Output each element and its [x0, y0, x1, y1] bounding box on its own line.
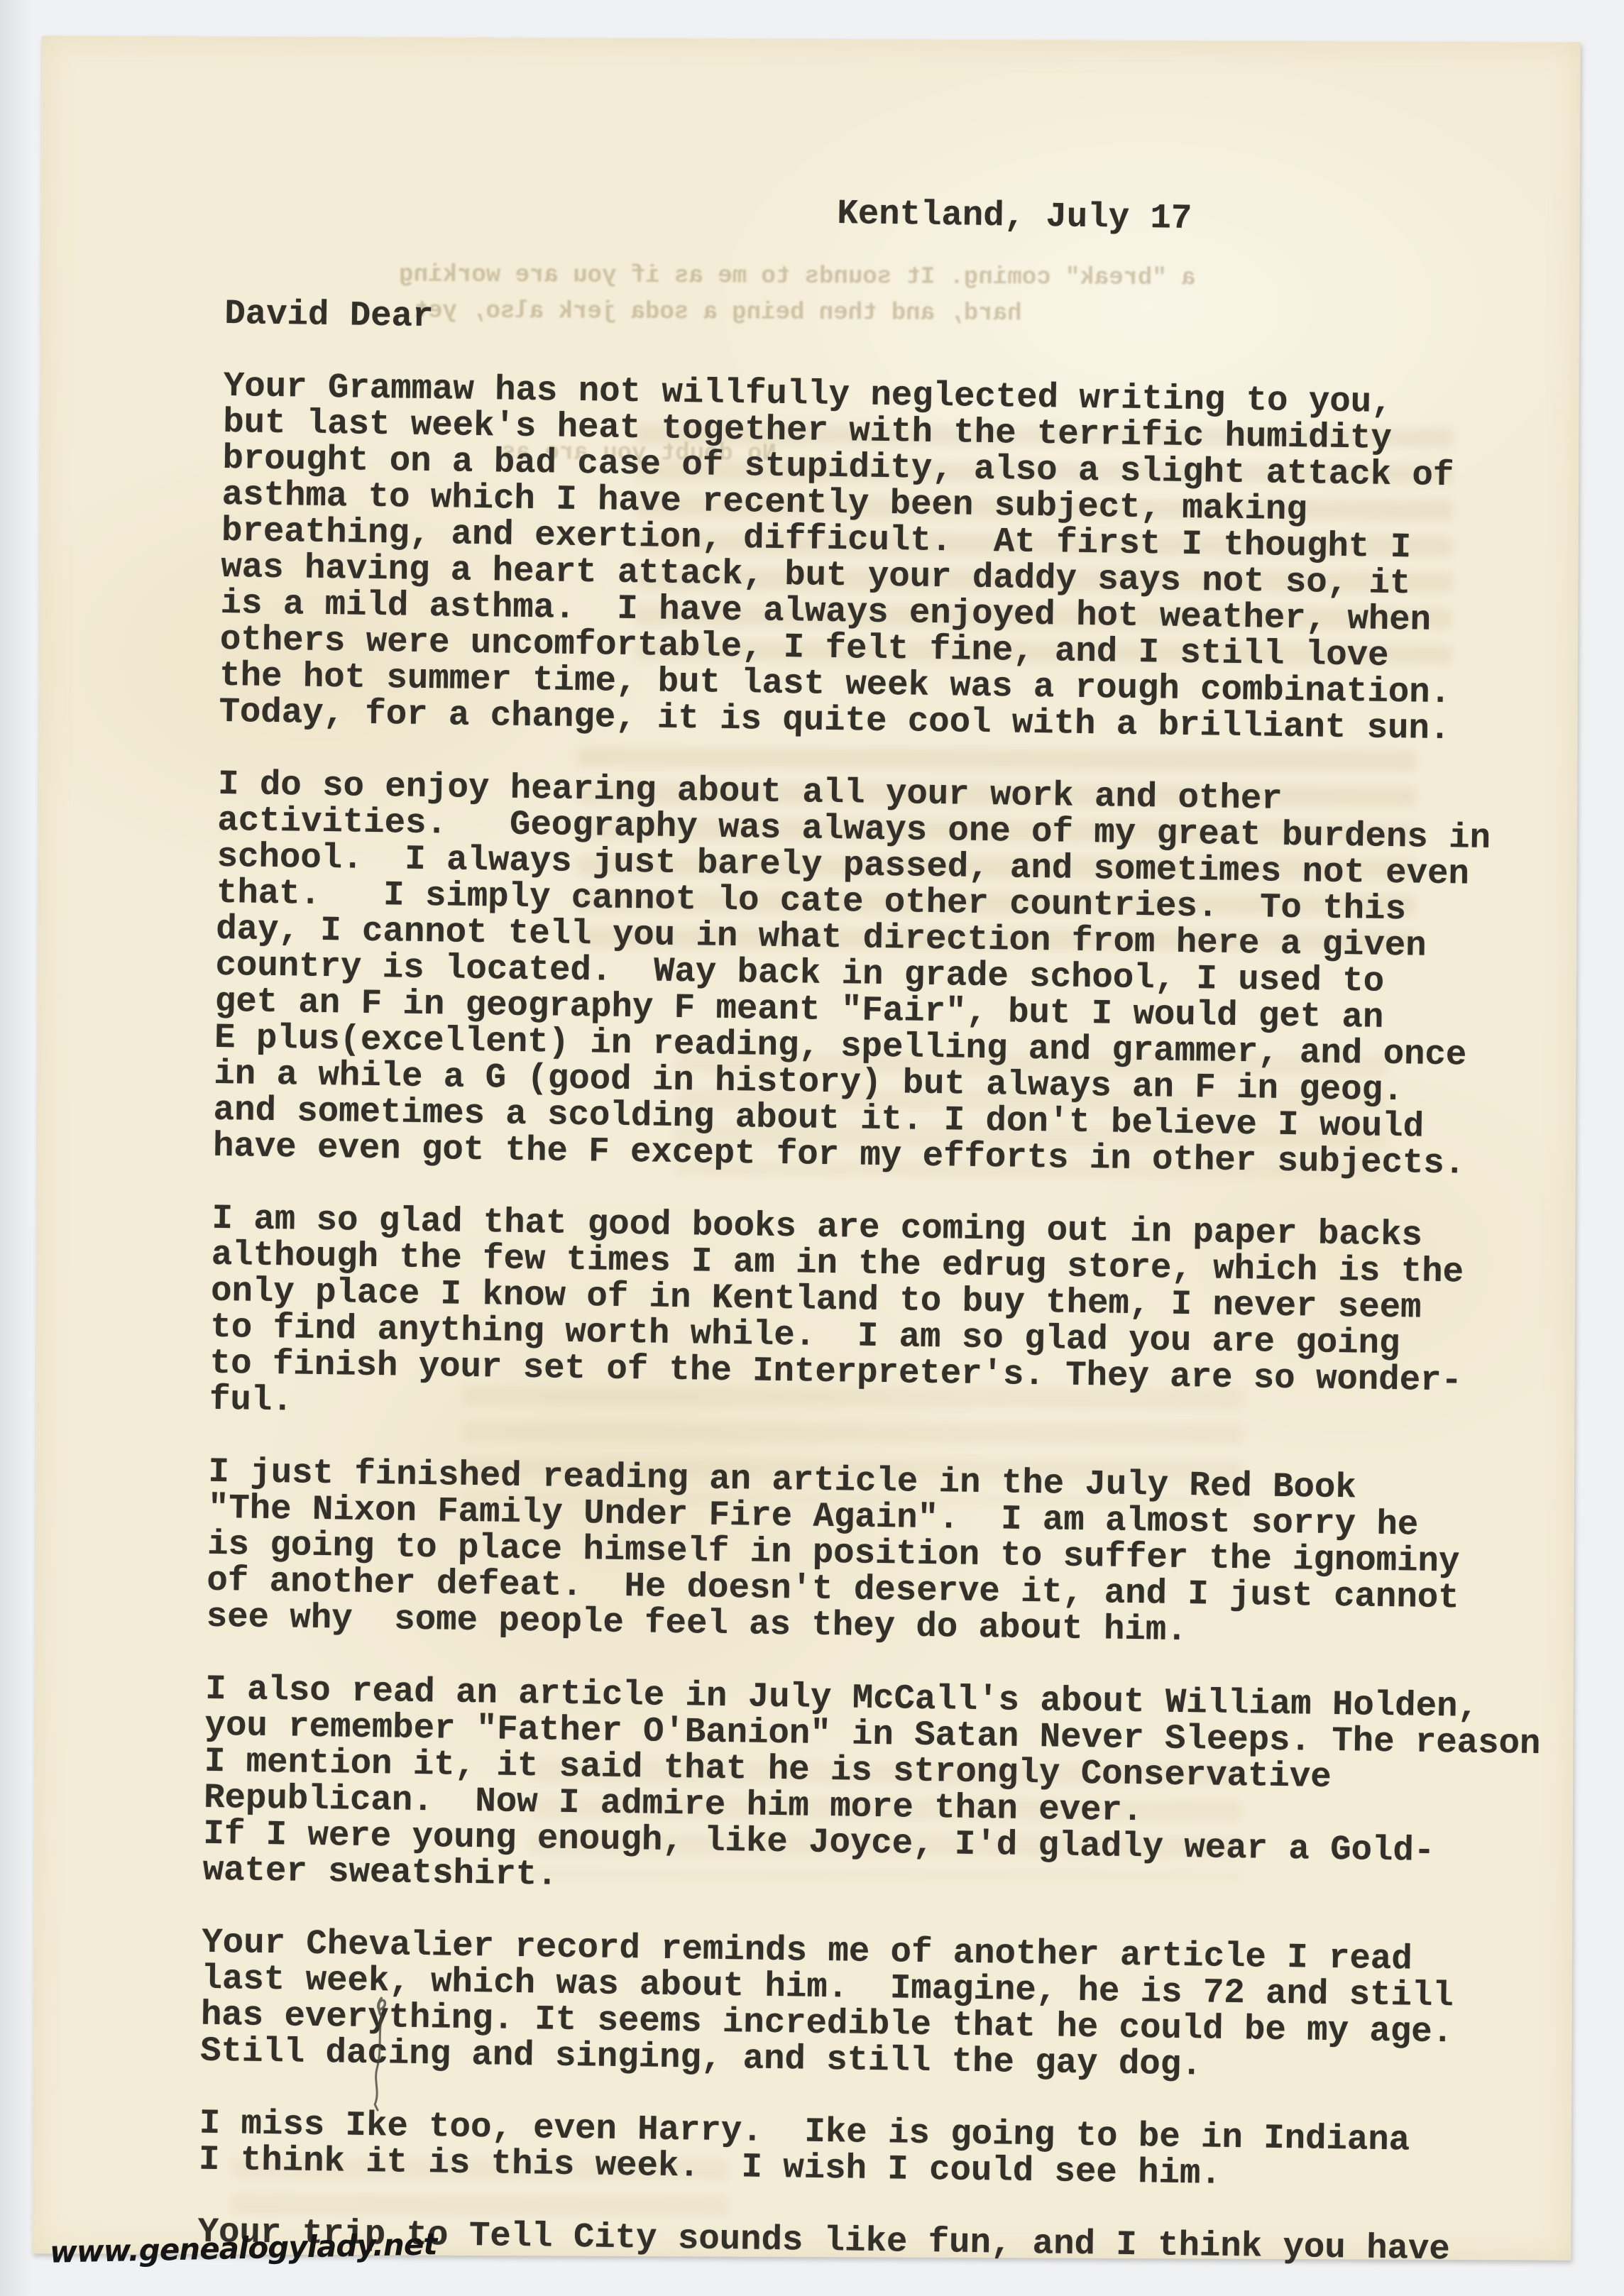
letter-paragraph-7: I miss Ike too, even Harry. Ike is going… — [199, 2106, 1410, 2195]
scanned-letter-image: a "break" coming. It sounds to me as if … — [0, 0, 1624, 2296]
watermark-text: www.genealogylady.net — [50, 2226, 437, 2269]
typewritten-text-layer: Kentland, July 17 David Dear Your Gramma… — [11, 35, 1580, 2275]
letter-paragraph-2: I do so enjoy hearing about all your wor… — [213, 767, 1491, 1182]
letter-page: a "break" coming. It sounds to me as if … — [32, 35, 1581, 2260]
letter-salutation: David Dear — [224, 296, 434, 335]
letter-paragraph-5: I also read an article in July McCall's … — [202, 1671, 1541, 1907]
letter-paragraph-4: I just finished reading an article in th… — [206, 1454, 1461, 1653]
letter-paragraph-3: I am so glad that good books are coming … — [209, 1201, 1464, 1436]
letter-paragraph-1: Your Grammaw has not willfully neglected… — [219, 368, 1455, 747]
pencil-caret-mark — [364, 1992, 398, 2114]
letter-dateline: Kentland, July 17 — [837, 196, 1192, 237]
